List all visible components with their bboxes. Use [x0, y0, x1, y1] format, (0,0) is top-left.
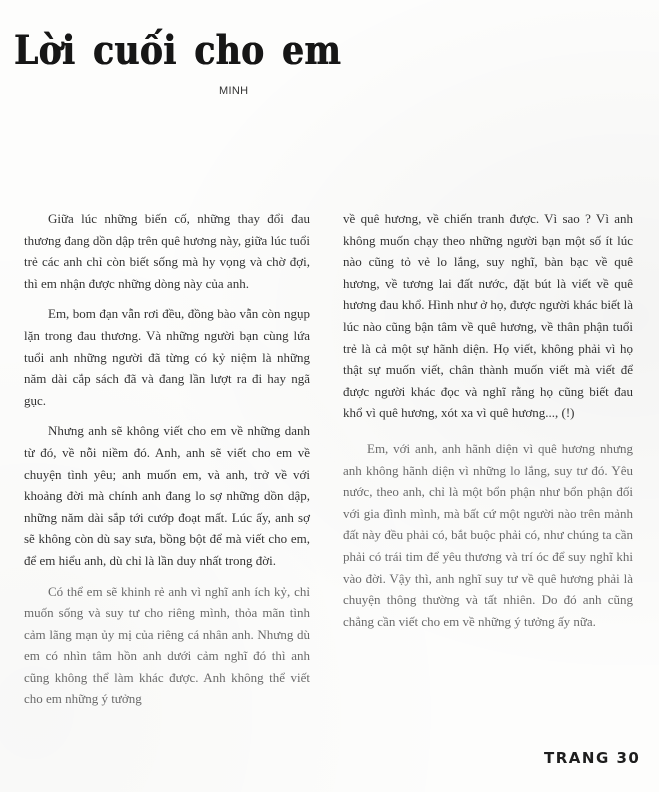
paragraph: Em, bom đạn vẫn rơi đều, đồng bào vẫn cò…: [24, 303, 310, 411]
page-number: TRANG 30: [544, 749, 640, 767]
article-author: MINH: [219, 85, 248, 97]
paragraph-continued: về quê hương, về chiến tranh được. Vì sa…: [343, 208, 633, 424]
scanned-magazine-page: Lời cuối cho em MINH Giữa lúc những biến…: [0, 0, 659, 792]
paragraph: Giữa lúc những biến cố, những thay đổi đ…: [24, 208, 310, 294]
article-title: Lời cuối cho em: [14, 27, 341, 75]
text-column-left: Giữa lúc những biến cố, những thay đổi đ…: [24, 208, 310, 719]
text-column-right: về quê hương, về chiến tranh được. Vì sa…: [343, 208, 633, 641]
paragraph: Có thể em sẽ khinh rẻ anh vì nghĩ anh íc…: [24, 581, 310, 711]
paragraph: Nhưng anh sẽ không viết cho em về những …: [24, 420, 310, 571]
paragraph: Em, với anh, anh hãnh diện vì quê hương …: [343, 438, 633, 632]
